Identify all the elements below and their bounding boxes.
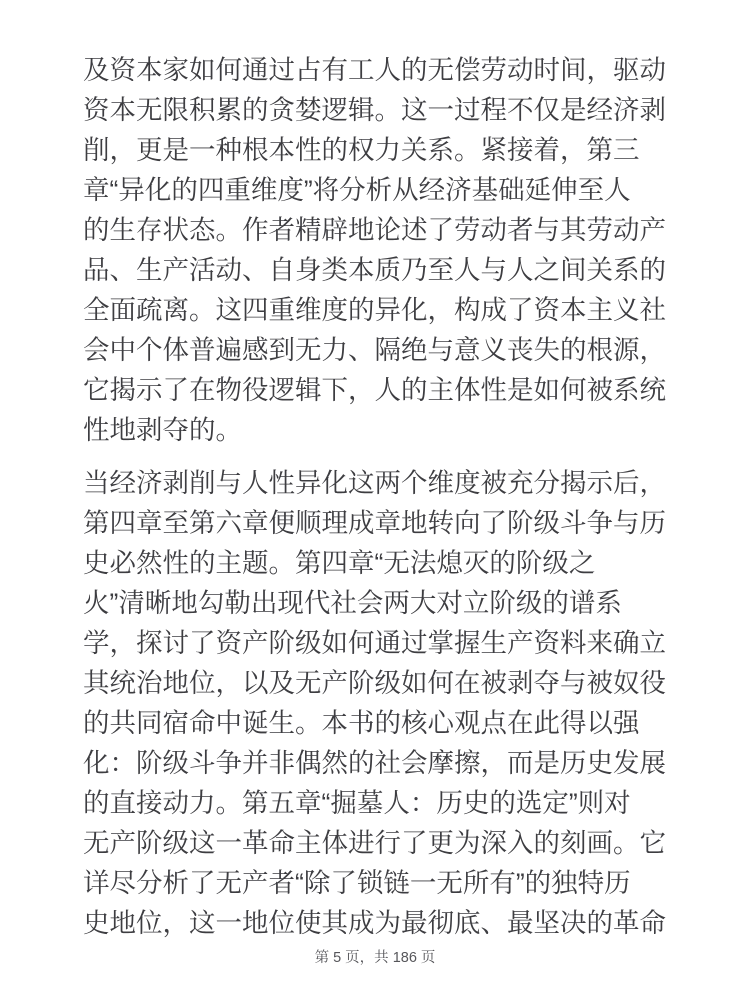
document-body: 及资本家如何通过占有工人的无偿劳动时间，驱动 资本无限积累的贪婪逻辑。这一过程不… [83, 50, 679, 956]
paragraph-1: 及资本家如何通过占有工人的无偿劳动时间，驱动 资本无限积累的贪婪逻辑。这一过程不… [83, 50, 679, 450]
page-number-footer: 第 5 页，共 186 页 [0, 948, 750, 968]
document-page: 及资本家如何通过占有工人的无偿劳动时间，驱动 资本无限积累的贪婪逻辑。这一过程不… [0, 0, 750, 1000]
paragraph-2: 当经济剥削与人性异化这两个维度被充分揭示后， 第四章至第六章便顺理成章地转向了阶… [83, 463, 679, 943]
